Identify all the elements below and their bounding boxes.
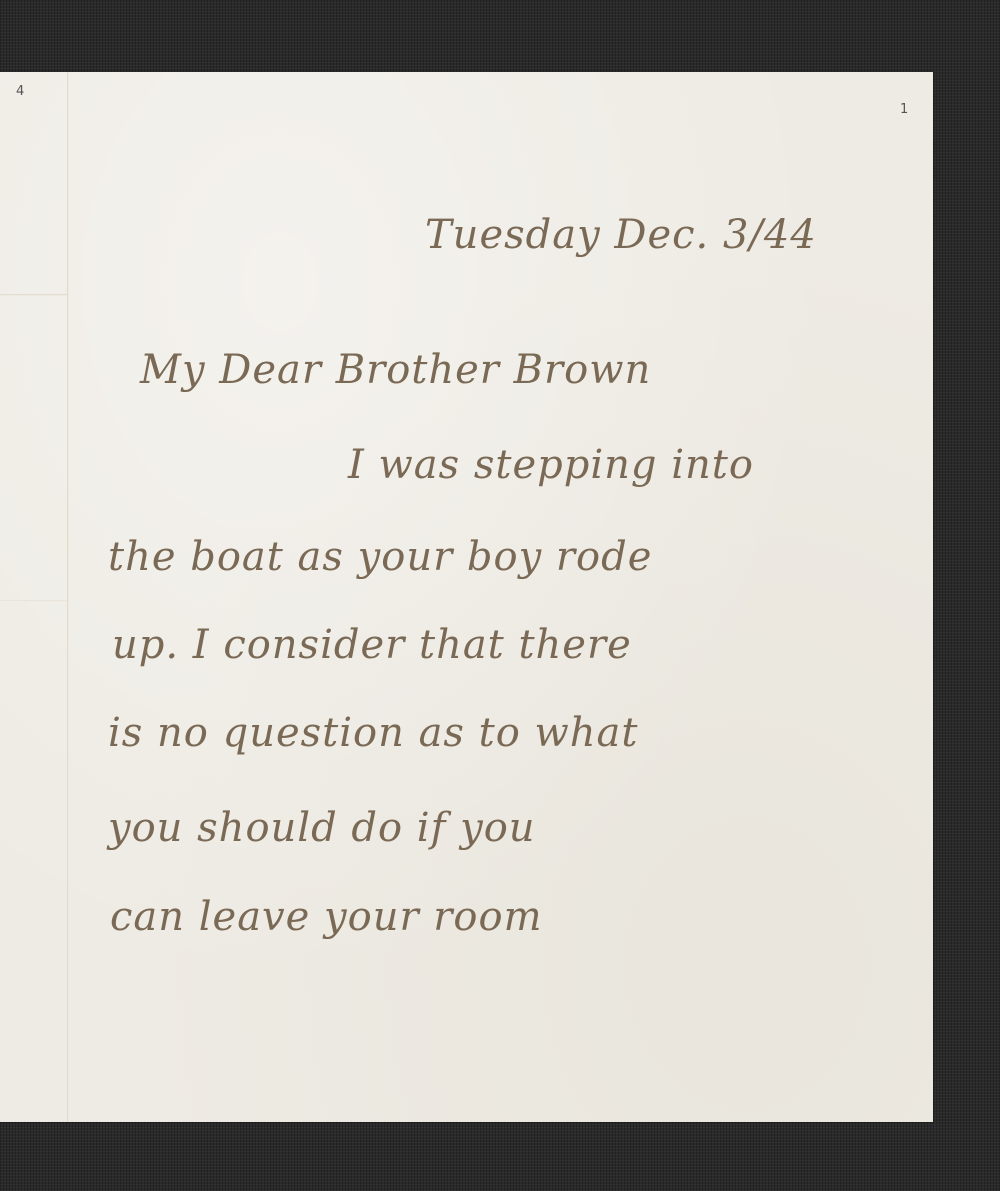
letter-body-line: is no question as to what [108,710,638,756]
horizontal-fold-crease [0,294,67,296]
horizontal-fold-crease [0,600,67,602]
folio-mark: 1 [900,102,908,117]
page-number-mark: 4 [16,84,24,99]
letter-body-line: the boat as your boy rode [108,534,652,580]
vertical-fold-crease [67,72,69,1122]
letter-body-line: I was stepping into [348,442,754,488]
letter-date: Tuesday Dec. 3/44 [425,212,817,258]
letter-salutation: My Dear Brother Brown [140,347,651,393]
letter-body-line: up. I consider that there [112,622,632,668]
letter-body-line: you should do if you [108,805,536,851]
letter-page: 4 1 Tuesday Dec. 3/44 My Dear Brother Br… [0,72,933,1122]
letter-body-line: can leave your room [110,894,543,940]
